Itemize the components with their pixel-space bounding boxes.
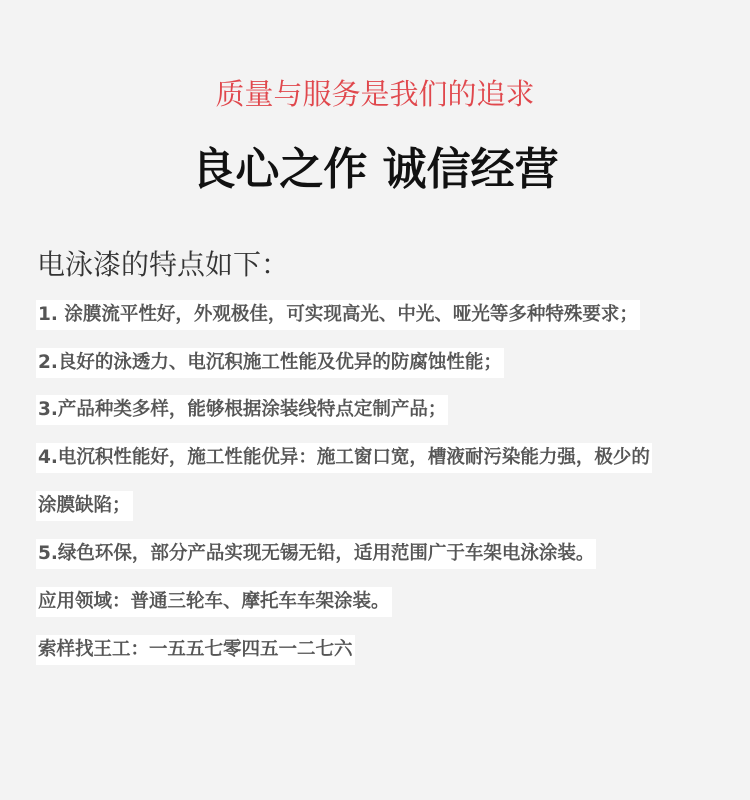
section-title: 电泳漆的特点如下： [37,245,289,285]
slogan: 质量与服务是我们的追求 [0,74,750,114]
headline: 良心之作 诚信经营 [0,140,750,200]
application-field: 应用领域：普通三轮车、摩托车车架涂装。 [36,587,392,617]
feature-item-3: 3.产品种类多样，能够根据涂装线特点定制产品； [36,395,448,425]
feature-item-2: 2.良好的泳透力、电沉积施工性能及优异的防腐蚀性能； [36,348,504,378]
feature-item-4: 4.电沉积性能好，施工性能优异：施工窗口宽，槽液耐污染能力强，极少的 [36,443,652,473]
contact-info: 索样找王工：一五五七零四五一二七六 [36,635,355,665]
feature-item-4-continued: 涂膜缺陷； [36,491,133,521]
feature-item-1: 1. 涂膜流平性好，外观极佳，可实现高光、中光、哑光等多种特殊要求； [36,300,640,330]
feature-item-5: 5.绿色环保，部分产品实现无锡无铅，适用范围广于车架电泳涂装。 [36,539,596,569]
